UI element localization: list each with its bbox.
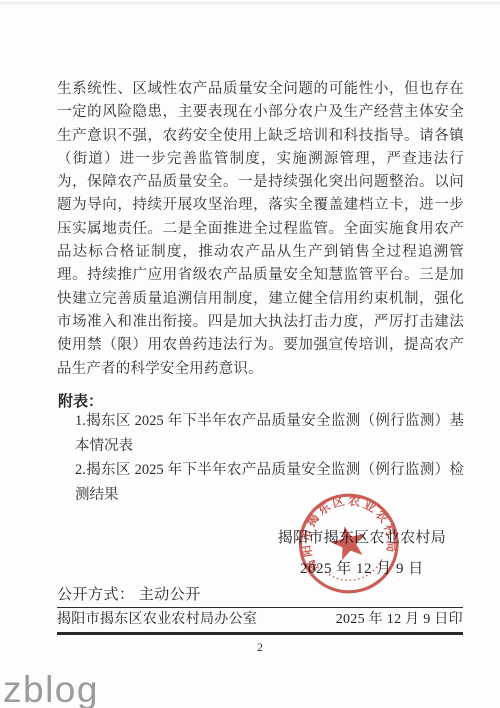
scanned-document-page: 生系统性、区域性农产品质量安全问题的可能性小，但也存在一定的风险隐患，主要表现在… bbox=[0, 0, 500, 708]
body-paragraph: 生系统性、区域性农产品质量安全问题的可能性小，但也存在一定的风险隐患，主要表现在… bbox=[57, 78, 464, 381]
issuer-office: 揭阳市揭东区农业农村局办公室 bbox=[57, 608, 257, 628]
page-number: 2 bbox=[57, 640, 463, 655]
signature-agency-name: 揭阳市揭东区农业农村局 bbox=[278, 526, 446, 547]
print-date: 2025 年 12 月 9 日印 bbox=[336, 608, 463, 628]
issuer-row: 揭阳市揭东区农业农村局办公室 2025 年 12 月 9 日印 bbox=[57, 608, 463, 628]
site-watermark-zblog: zblog bbox=[3, 671, 99, 708]
footer-rule bbox=[57, 632, 463, 635]
attachment-item-2: 2.揭东区 2025 年下半年农产品质量安全监测（例行监测）检测结果 bbox=[75, 458, 464, 507]
attachment-item-1: 1.揭东区 2025 年下半年农产品质量安全监测（例行监测）基本情况表 bbox=[75, 409, 464, 458]
signature-block: 揭阳市揭东区农业农村局 2025 年 12 月 9 日 bbox=[278, 526, 446, 578]
attachments-heading: 附表： bbox=[58, 390, 103, 411]
attachments-list: 1.揭东区 2025 年下半年农产品质量安全监测（例行监测）基本情况表 2.揭东… bbox=[75, 409, 464, 507]
signature-date: 2025 年 12 月 9 日 bbox=[278, 557, 446, 578]
disclosure-method-row: 公开方式： 主动公开 bbox=[57, 583, 463, 608]
